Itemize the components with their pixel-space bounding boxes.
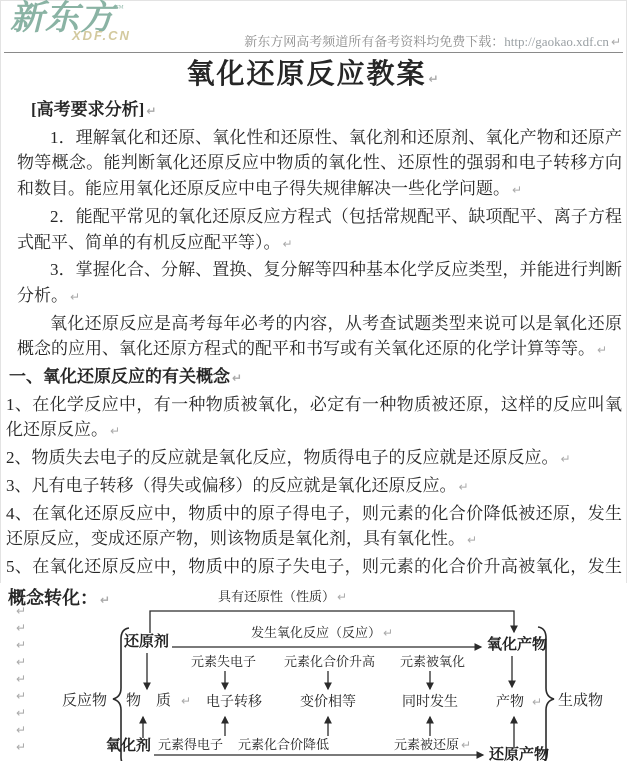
heading-text: 一、氧化还原反应的有关概念 <box>9 367 230 386</box>
return-mark: ↵ <box>16 656 26 668</box>
node-substance: 物 质↵ <box>126 694 191 709</box>
document-page: 新东方™ XDF.CN 新东方网高考频道所有备考资料均免费下载：http://g… <box>0 0 627 761</box>
paragraph: 氧化还原反应是高考每年必考的内容，从考查试题类型来说可以是氧化还原概念的应用、氧… <box>17 311 622 364</box>
return-mark: ↵ <box>230 371 242 385</box>
label-valence-up: 元素化合价升高 <box>284 654 375 669</box>
return-mark: ↵ <box>16 673 26 685</box>
label-text: 元素被还原 <box>394 737 459 752</box>
paragraph: 2．能配平常见的氧化还原反应方程式（包括常规配平、缺项配平、离子方程式配平、简单… <box>17 204 622 257</box>
return-mark: ↵ <box>524 695 542 709</box>
return-mark: ↵ <box>16 605 26 617</box>
tagline-text: 新东方网高考频道所有备考资料均免费下载： <box>244 34 504 49</box>
return-mark: ↵ <box>559 452 571 466</box>
node-reducing-agent: 还原剂 <box>124 635 169 650</box>
node-reactant: 反应物 <box>62 694 107 709</box>
label-element-oxidized: 元素被氧化 <box>400 654 465 669</box>
item-text: 3、凡有电子转移（得失或偏移）的反应就是氧化还原反应。 <box>6 476 457 495</box>
xdf-logo: 新东方™ XDF.CN <box>10 1 131 42</box>
label-oxidation-reaction: 发生氧化反应（反应）↵ <box>251 625 393 641</box>
list-item: 4、在氧化还原反应中，物质中的原子得电子，则元素的化合价降低被还原，发生还原反应… <box>6 501 622 554</box>
node-electron-transfer: 电子转移 <box>206 695 262 710</box>
return-mark: ↵ <box>68 290 80 304</box>
label-text: 物 质 <box>126 693 171 709</box>
return-mark: ↵ <box>465 533 477 547</box>
node-oxidation-product: 氧化产物 <box>487 638 547 653</box>
node-simultaneous: 同时发生 <box>402 695 458 710</box>
paragraph-text: 氧化还原反应是高考每年必考的内容，从考查试题类型来说可以是氧化还原概念的应用、氧… <box>17 314 622 359</box>
page-header: 新东方™ XDF.CN 新东方网高考频道所有备考资料均免费下载：http://g… <box>0 0 627 55</box>
node-resultant: 生成物 <box>558 694 603 709</box>
node-valence-equal: 变价相等 <box>300 695 356 710</box>
return-mark: ↵ <box>108 424 120 438</box>
node-reduction-product: 还原产物 <box>489 748 549 761</box>
node-product: 产物↵ <box>496 695 542 710</box>
document-body: [高考要求分析]↵ 1．理解氧化和还原、氧化性和还原性、氧化剂和还原剂、氧化产物… <box>0 97 627 607</box>
return-mark: ↵ <box>281 237 293 251</box>
label-text: 具有还原性（性质） <box>218 589 335 604</box>
return-mark: ↵ <box>335 590 347 604</box>
header-tagline: 新东方网高考频道所有备考资料均免费下载：http://gaokao.xdf.cn… <box>244 31 621 50</box>
paragraph: 1．理解氧化和还原、氧化性和还原性、氧化剂和还原剂、氧化产物和还原产物等概念。能… <box>17 125 622 204</box>
list-item: 1、在化学反应中，有一种物质被氧化，必定有一种物质被还原，这样的反应叫氧化还原反… <box>6 392 622 445</box>
label-text: 发生氧化反应（反应） <box>251 625 381 640</box>
paragraph-text: 1．理解氧化和还原、氧化性和还原性、氧化剂和还原剂、氧化产物和还原产物等概念。能… <box>17 128 622 198</box>
concept-conversion-diagram: 概念转化：↵ ↵ ↵ ↵ ↵ ↵ ↵ ↵ ↵ ↵ 具有还原性（性质）↵ 发生氧化… <box>0 583 627 761</box>
return-mark: ↵ <box>459 738 471 752</box>
return-mark: ↵ <box>457 480 469 494</box>
item-text: 1、在化学反应中，有一种物质被氧化，必定有一种物质被还原，这样的反应叫氧化还原反… <box>6 395 622 440</box>
return-mark: ↵ <box>595 343 607 357</box>
section-one-heading: 一、氧化还原反应的有关概念↵ <box>6 364 622 392</box>
label-has-reducibility: 具有还原性（性质）↵ <box>218 589 347 605</box>
tagline-url-link[interactable]: http://gaokao.xdf.cn <box>504 34 609 49</box>
trademark-icon: ™ <box>115 3 124 13</box>
return-mark: ↵ <box>98 593 110 607</box>
return-mark: ↵ <box>16 707 26 719</box>
heading-text: [高考要求分析] <box>31 100 144 119</box>
return-mark: ↵ <box>381 626 393 640</box>
paragraph-text: 3．掌握化合、分解、置换、复分解等四种基本化学反应类型，并能进行判断分析。 <box>17 260 622 305</box>
return-mark: ↵ <box>426 72 440 86</box>
list-item: 3、凡有电子转移（得失或偏移）的反应就是氧化还原反应。↵ <box>6 473 622 501</box>
item-text: 2、物质失去电子的反应就是氧化反应，物质得电子的反应就是还原反应。 <box>6 448 559 467</box>
return-mark: ↵ <box>16 690 26 702</box>
label-text: 产物 <box>496 695 524 710</box>
paragraph-text: 2．能配平常见的氧化还原反应方程式（包括常规配平、缺项配平、离子方程式配平、简单… <box>17 207 622 252</box>
concepts-section: 一、氧化还原反应的有关概念↵ 1、在化学反应中，有一种物质被氧化，必定有一种物质… <box>6 364 622 607</box>
item-text: 4、在氧化还原反应中，物质中的原子得电子，则元素的化合价降低被还原，发生还原反应… <box>6 504 622 549</box>
label-element-reduced: 元素被还原↵ <box>394 737 471 753</box>
return-mark: ↵ <box>16 724 26 736</box>
page-title-text: 氧化还原反应教案 <box>186 59 426 90</box>
paragraph: 3．掌握化合、分解、置换、复分解等四种基本化学反应类型，并能进行判断分析。↵ <box>17 257 622 310</box>
return-mark: ↵ <box>16 622 26 634</box>
return-mark: ↵ <box>16 639 26 651</box>
return-mark: ↵ <box>609 35 621 49</box>
label-gain-electrons: 元素得电子 <box>158 737 223 752</box>
return-mark: ↵ <box>171 694 191 708</box>
return-mark: ↵ <box>16 741 26 753</box>
return-mark: ↵ <box>144 104 156 118</box>
page-title: 氧化还原反应教案↵ <box>0 57 627 97</box>
header-divider <box>4 52 623 53</box>
exam-requirements-heading: [高考要求分析]↵ <box>17 97 622 125</box>
node-oxidizing-agent: 氧化剂 <box>106 739 151 754</box>
exam-requirements-block: [高考要求分析]↵ 1．理解氧化和还原、氧化性和还原性、氧化剂和还原剂、氧化产物… <box>17 97 622 364</box>
return-mark: ↵ <box>510 183 522 197</box>
label-valence-down: 元素化合价降低 <box>238 737 329 752</box>
label-lose-electrons: 元素失电子 <box>191 654 256 669</box>
list-item: 2、物质失去电子的反应就是氧化反应，物质得电子的反应就是还原反应。↵ <box>6 445 622 473</box>
logo-domain: XDF.CN <box>72 29 131 42</box>
